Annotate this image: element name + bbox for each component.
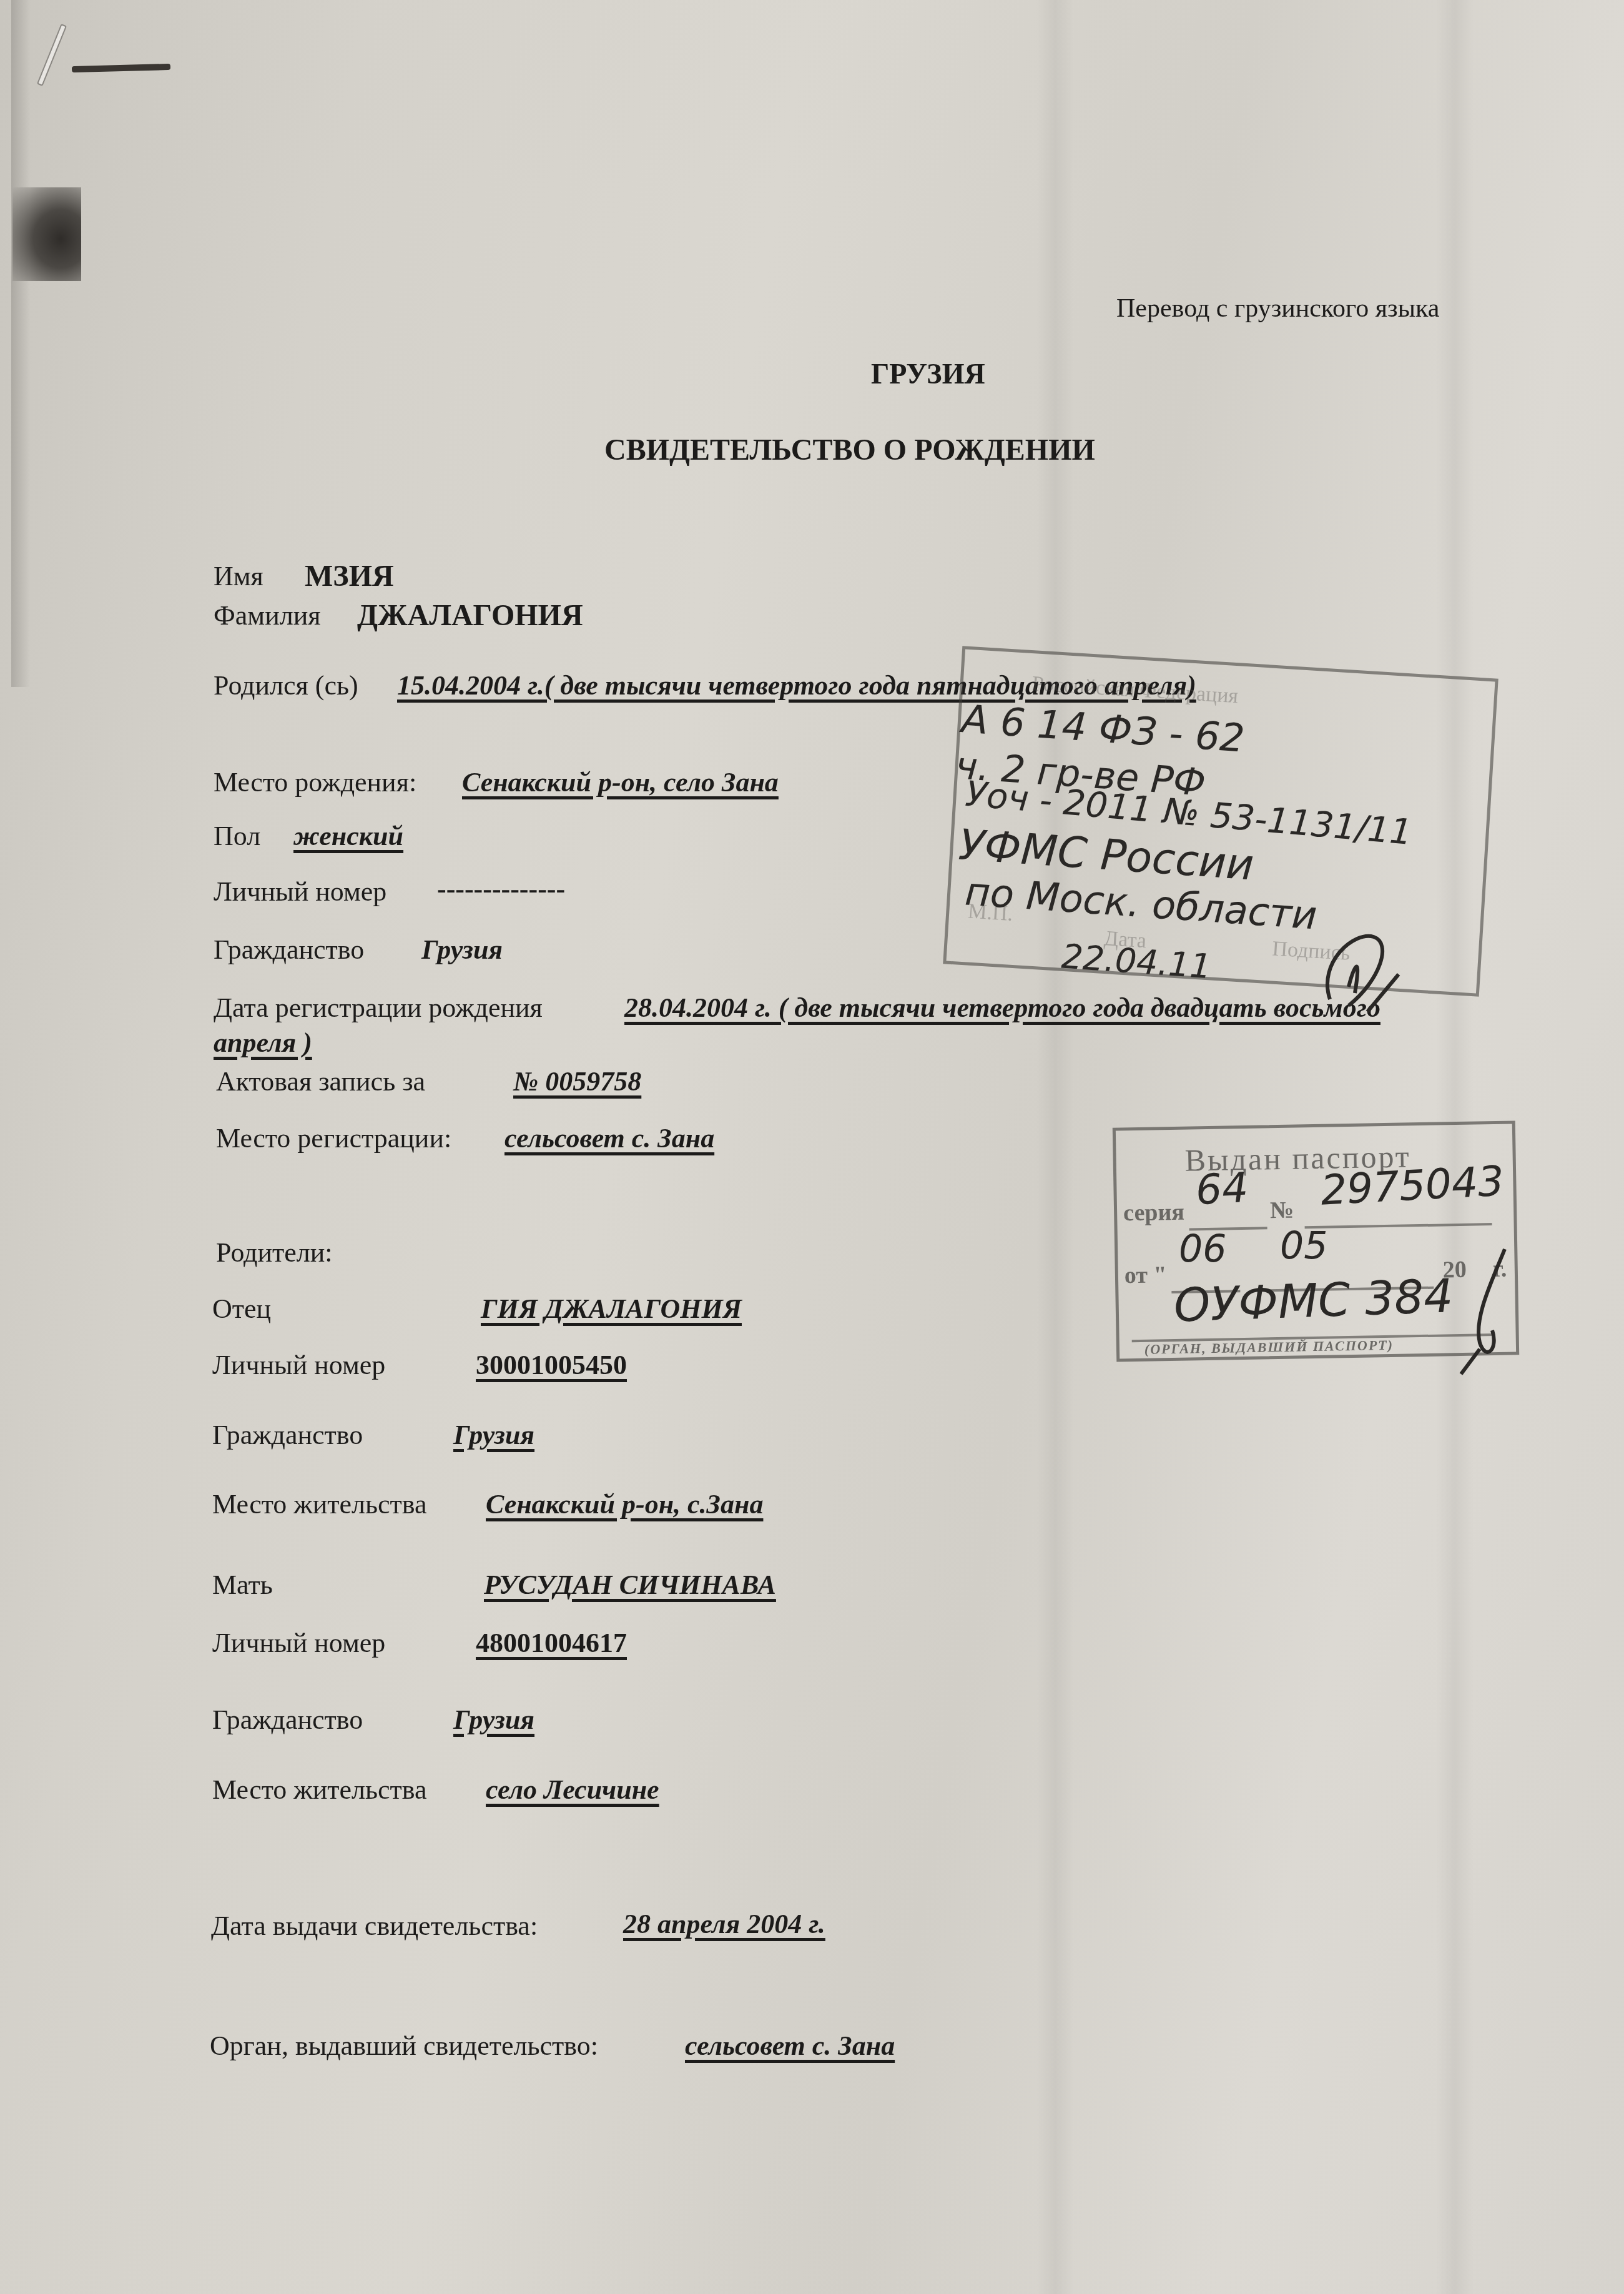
issue-date-label: Дата выдачи свидетельства: [211,1910,538,1942]
parents-heading: Родители: [216,1237,333,1268]
mother-name: РУСУДАН СИЧИНАВА [484,1569,776,1601]
mother-residence-label: Место жительства [212,1774,427,1806]
sex-value: женский [293,820,403,852]
signature-icon [1305,924,1430,1024]
father-personal-number: 30001005450 [476,1349,627,1381]
father-citizenship-label: Гражданство [212,1419,363,1451]
passport-series-value: 64 [1194,1164,1249,1214]
father-residence-label: Место жительства [212,1488,427,1520]
registration-date-label: Дата регистрации рождения [214,992,543,1024]
mother-citizenship-label: Гражданство [212,1704,363,1736]
paper-edge-shadow [11,0,30,687]
mother-citizenship: Грузия [453,1704,534,1736]
passport-signature-icon [1455,1243,1530,1380]
passport-authority-handwritten: ОУФМС 384 [1173,1269,1454,1333]
first-name-label: Имя [214,560,263,592]
passport-number-label: № [1270,1197,1294,1225]
record-value: № 0059758 [513,1065,641,1097]
mother-residence: село Лесичине [486,1774,659,1806]
mother-personal-number-label: Личный номер [212,1627,385,1659]
punch-hole [12,187,81,281]
document-title: СВИДЕТЕЛЬСТВО О РОЖДЕНИИ [604,433,1095,467]
citizenship-label: Гражданство [214,934,364,966]
passport-from-label: от " [1124,1261,1168,1289]
staple-icon [37,24,67,86]
passport-authority-caption: (ОРГАН, ВЫДАВШИЙ ПАСПОРТ) [1144,1337,1394,1358]
issuing-authority-label: Орган, выдавший свидетельство: [210,2030,598,2062]
translation-note: Перевод с грузинского языка [1116,294,1439,324]
registration-date-value-cont: апреля ) [214,1027,312,1059]
record-label: Актовая запись за [216,1065,425,1097]
father-personal-number-label: Личный номер [212,1349,385,1381]
passport-number-value: 2975043 [1319,1157,1505,1214]
sex-label: Пол [214,820,260,852]
registration-date-value: 28.04.2004 г. ( две тысячи четвертого го… [624,992,1380,1024]
passport-series-label: серия [1123,1199,1185,1227]
passport-day-value: 06 [1179,1227,1226,1271]
last-name-label: Фамилия [214,600,320,631]
father-name: ГИЯ ДЖАЛАГОНИЯ [481,1293,742,1325]
first-name-value: МЗИЯ [305,559,394,593]
mother-label: Мать [212,1569,273,1601]
passport-month-value: 05 [1280,1224,1327,1268]
registration-place-value: сельсовет с. Зана [504,1122,714,1154]
country-heading: ГРУЗИЯ [871,357,985,390]
number-line [1305,1223,1492,1229]
personal-number-label: Личный номер [214,876,386,907]
personal-number-value: -------------- [437,873,565,905]
father-label: Отец [212,1293,271,1325]
staple-mark [72,64,170,72]
issuing-authority-value: сельсовет с. Зана [685,2030,895,2062]
birthplace-value: Сенакский р-он, село Зана [462,766,779,798]
last-name-value: ДЖАЛАГОНИЯ [357,598,583,633]
paper-fold [1036,0,1074,2294]
born-label: Родился (сь) [214,670,358,701]
registration-place-label: Место регистрации: [216,1122,451,1154]
birthplace-label: Место рождения: [214,766,416,798]
father-citizenship: Грузия [453,1419,534,1451]
issue-date-value: 28 апреля 2004 г. [623,1908,825,1940]
father-residence: Сенакский р-он, с.Зана [486,1488,763,1520]
mother-personal-number: 48001004617 [476,1627,627,1659]
citizenship-value: Грузия [421,934,503,966]
